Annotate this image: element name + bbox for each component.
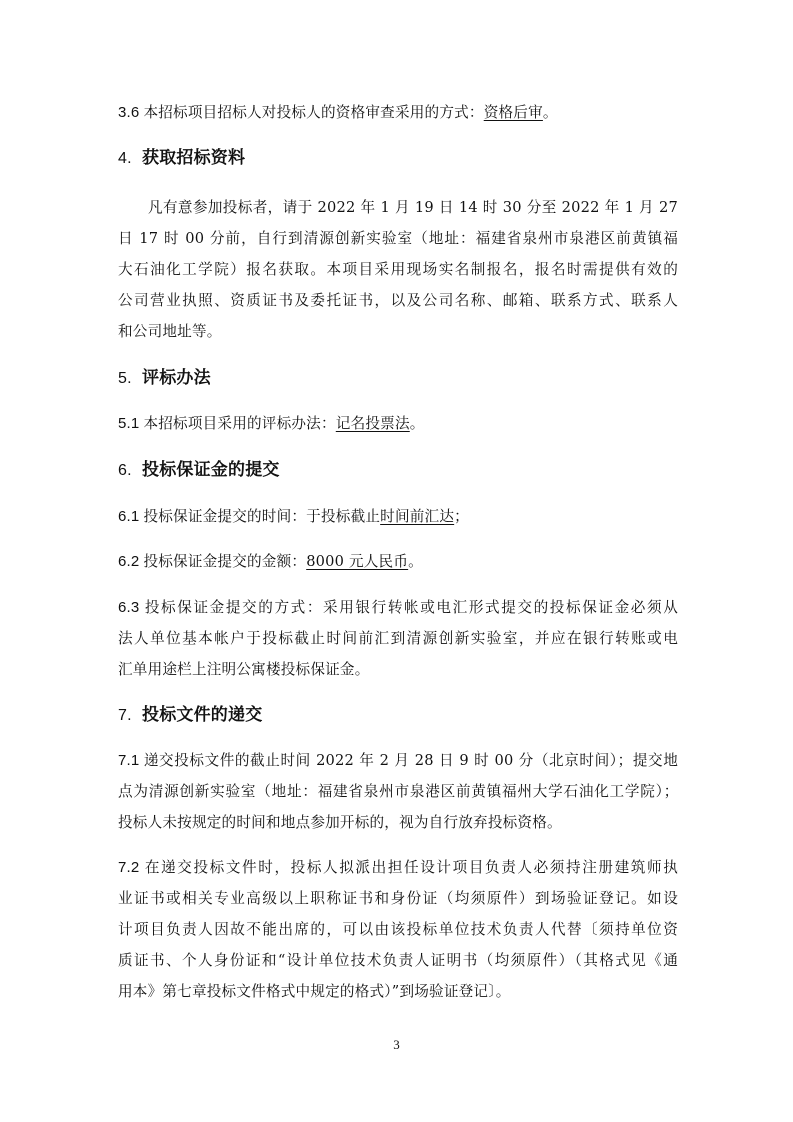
clause-text: 在递交投标文件时，投标人拟派出担任设计项目负责人必须持注册建筑师执 bbox=[143, 859, 678, 876]
heading-title: 评标办法 bbox=[142, 368, 211, 388]
clause-number: 7.2 bbox=[118, 859, 139, 876]
clause-number: 6.3 bbox=[118, 599, 139, 616]
paragraph-line: 点为清源创新实验室（地址：福建省泉州市泉港区前黄镇福州大学石油化工学院）； bbox=[118, 782, 678, 802]
heading-number: 4. bbox=[118, 149, 142, 169]
clause-number: 5.1 bbox=[118, 415, 139, 432]
clause-6-1: 6.1投标保证金提交的时间：于投标截止时间前汇达； bbox=[118, 507, 678, 527]
clause-number: 6.1 bbox=[118, 508, 139, 525]
clause-7-2: 7.2在递交投标文件时，投标人拟派出担任设计项目负责人必须持注册建筑师执 bbox=[118, 858, 678, 878]
clause-5-1: 5.1本招标项目采用的评标办法：记名投票法。 bbox=[118, 414, 678, 434]
punctuation: 。 bbox=[408, 553, 423, 570]
underlined-value: 时间前汇达 bbox=[380, 508, 454, 525]
paragraph-line: 投标人未按规定的时间和地点参加开标的，视为自行放弃投标资格。 bbox=[118, 813, 678, 833]
heading-title: 获取招标资料 bbox=[142, 148, 245, 168]
page-number: 3 bbox=[0, 1037, 793, 1053]
paragraph-line: 凡有意参加投标者，请于 2022 年 1 月 19 日 14 时 30 分至 2… bbox=[118, 198, 678, 218]
paragraph-line: 计项目负责人因故不能出席的，可以由该投标单位技术负责人代替〔须持单位资 bbox=[118, 920, 678, 940]
section-heading-6: 6.投标保证金的提交 bbox=[118, 460, 678, 481]
heading-number: 6. bbox=[118, 461, 142, 481]
clause-text: 本招标项目招标人对投标人的资格审查采用的方式： bbox=[143, 104, 483, 121]
clause-7-1: 7.1递交投标文件的截止时间 2022 年 2 月 28 日 9 时 00 分（… bbox=[118, 751, 678, 771]
clause-text: 投标保证金提交的金额： bbox=[143, 553, 306, 570]
clause-text: 投标保证金提交的时间：于投标截止 bbox=[143, 508, 380, 525]
section-heading-7: 7.投标文件的递交 bbox=[118, 705, 678, 726]
heading-title: 投标文件的递交 bbox=[142, 705, 262, 725]
underlined-value: 资格后审 bbox=[484, 104, 543, 121]
clause-number: 3.6 bbox=[118, 104, 139, 121]
section-heading-4: 4.获取招标资料 bbox=[118, 148, 678, 169]
underlined-value: 记名投票法 bbox=[336, 415, 410, 432]
clause-number: 6.2 bbox=[118, 553, 139, 570]
paragraph-line: 法人单位基本帐户于投标截止时间前汇到清源创新实验室，并应在银行转账或电 bbox=[118, 629, 678, 649]
paragraph-line: 日 17 时 00 分前，自行到清源创新实验室（地址：福建省泉州市泉港区前黄镇福 bbox=[118, 229, 678, 249]
punctuation: 。 bbox=[543, 104, 558, 121]
clause-text: 投标保证金提交的方式：采用银行转帐或电汇形式提交的投标保证金必须从 bbox=[143, 599, 678, 616]
paragraph-line: 用本》第七章投标文件格式中规定的格式）”到场验证登记〕。 bbox=[118, 982, 678, 1002]
clause-text: 本招标项目采用的评标办法： bbox=[143, 415, 335, 432]
heading-title: 投标保证金的提交 bbox=[142, 460, 280, 480]
section-heading-5: 5.评标办法 bbox=[118, 368, 678, 389]
heading-number: 5. bbox=[118, 369, 142, 389]
clause-text: 递交投标文件的截止时间 2022 年 2 月 28 日 9 时 00 分（北京时… bbox=[143, 752, 678, 769]
paragraph-line: 质证书、个人身份证和“设计单位技术负责人证明书（均须原件）（其格式见《通 bbox=[118, 951, 678, 971]
paragraph-line: 汇单用途栏上注明公寓楼投标保证金。 bbox=[118, 660, 678, 680]
clause-6-3: 6.3投标保证金提交的方式：采用银行转帐或电汇形式提交的投标保证金必须从 bbox=[118, 598, 678, 618]
clause-number: 7.1 bbox=[118, 752, 139, 769]
punctuation: 。 bbox=[410, 415, 425, 432]
paragraph-line: 公司营业执照、资质证书及委托证书，以及公司名称、邮箱、联系方式、联系人 bbox=[118, 291, 678, 311]
paragraph-line: 和公司地址等。 bbox=[118, 322, 678, 342]
clause-6-2: 6.2投标保证金提交的金额：8000 元人民币。 bbox=[118, 552, 678, 572]
underlined-value: 8000 元人民币 bbox=[306, 553, 408, 570]
punctuation: ； bbox=[454, 508, 469, 525]
paragraph-line: 业证书或相关专业高级以上职称证书和身份证（均须原件）到场验证登记。如设 bbox=[118, 889, 678, 909]
clause-3-6: 3.6本招标项目招标人对投标人的资格审查采用的方式：资格后审。 bbox=[118, 103, 678, 123]
heading-number: 7. bbox=[118, 706, 142, 726]
paragraph-line: 大石油化工学院）报名获取。本项目采用现场实名制报名，报名时需提供有效的 bbox=[118, 260, 678, 280]
